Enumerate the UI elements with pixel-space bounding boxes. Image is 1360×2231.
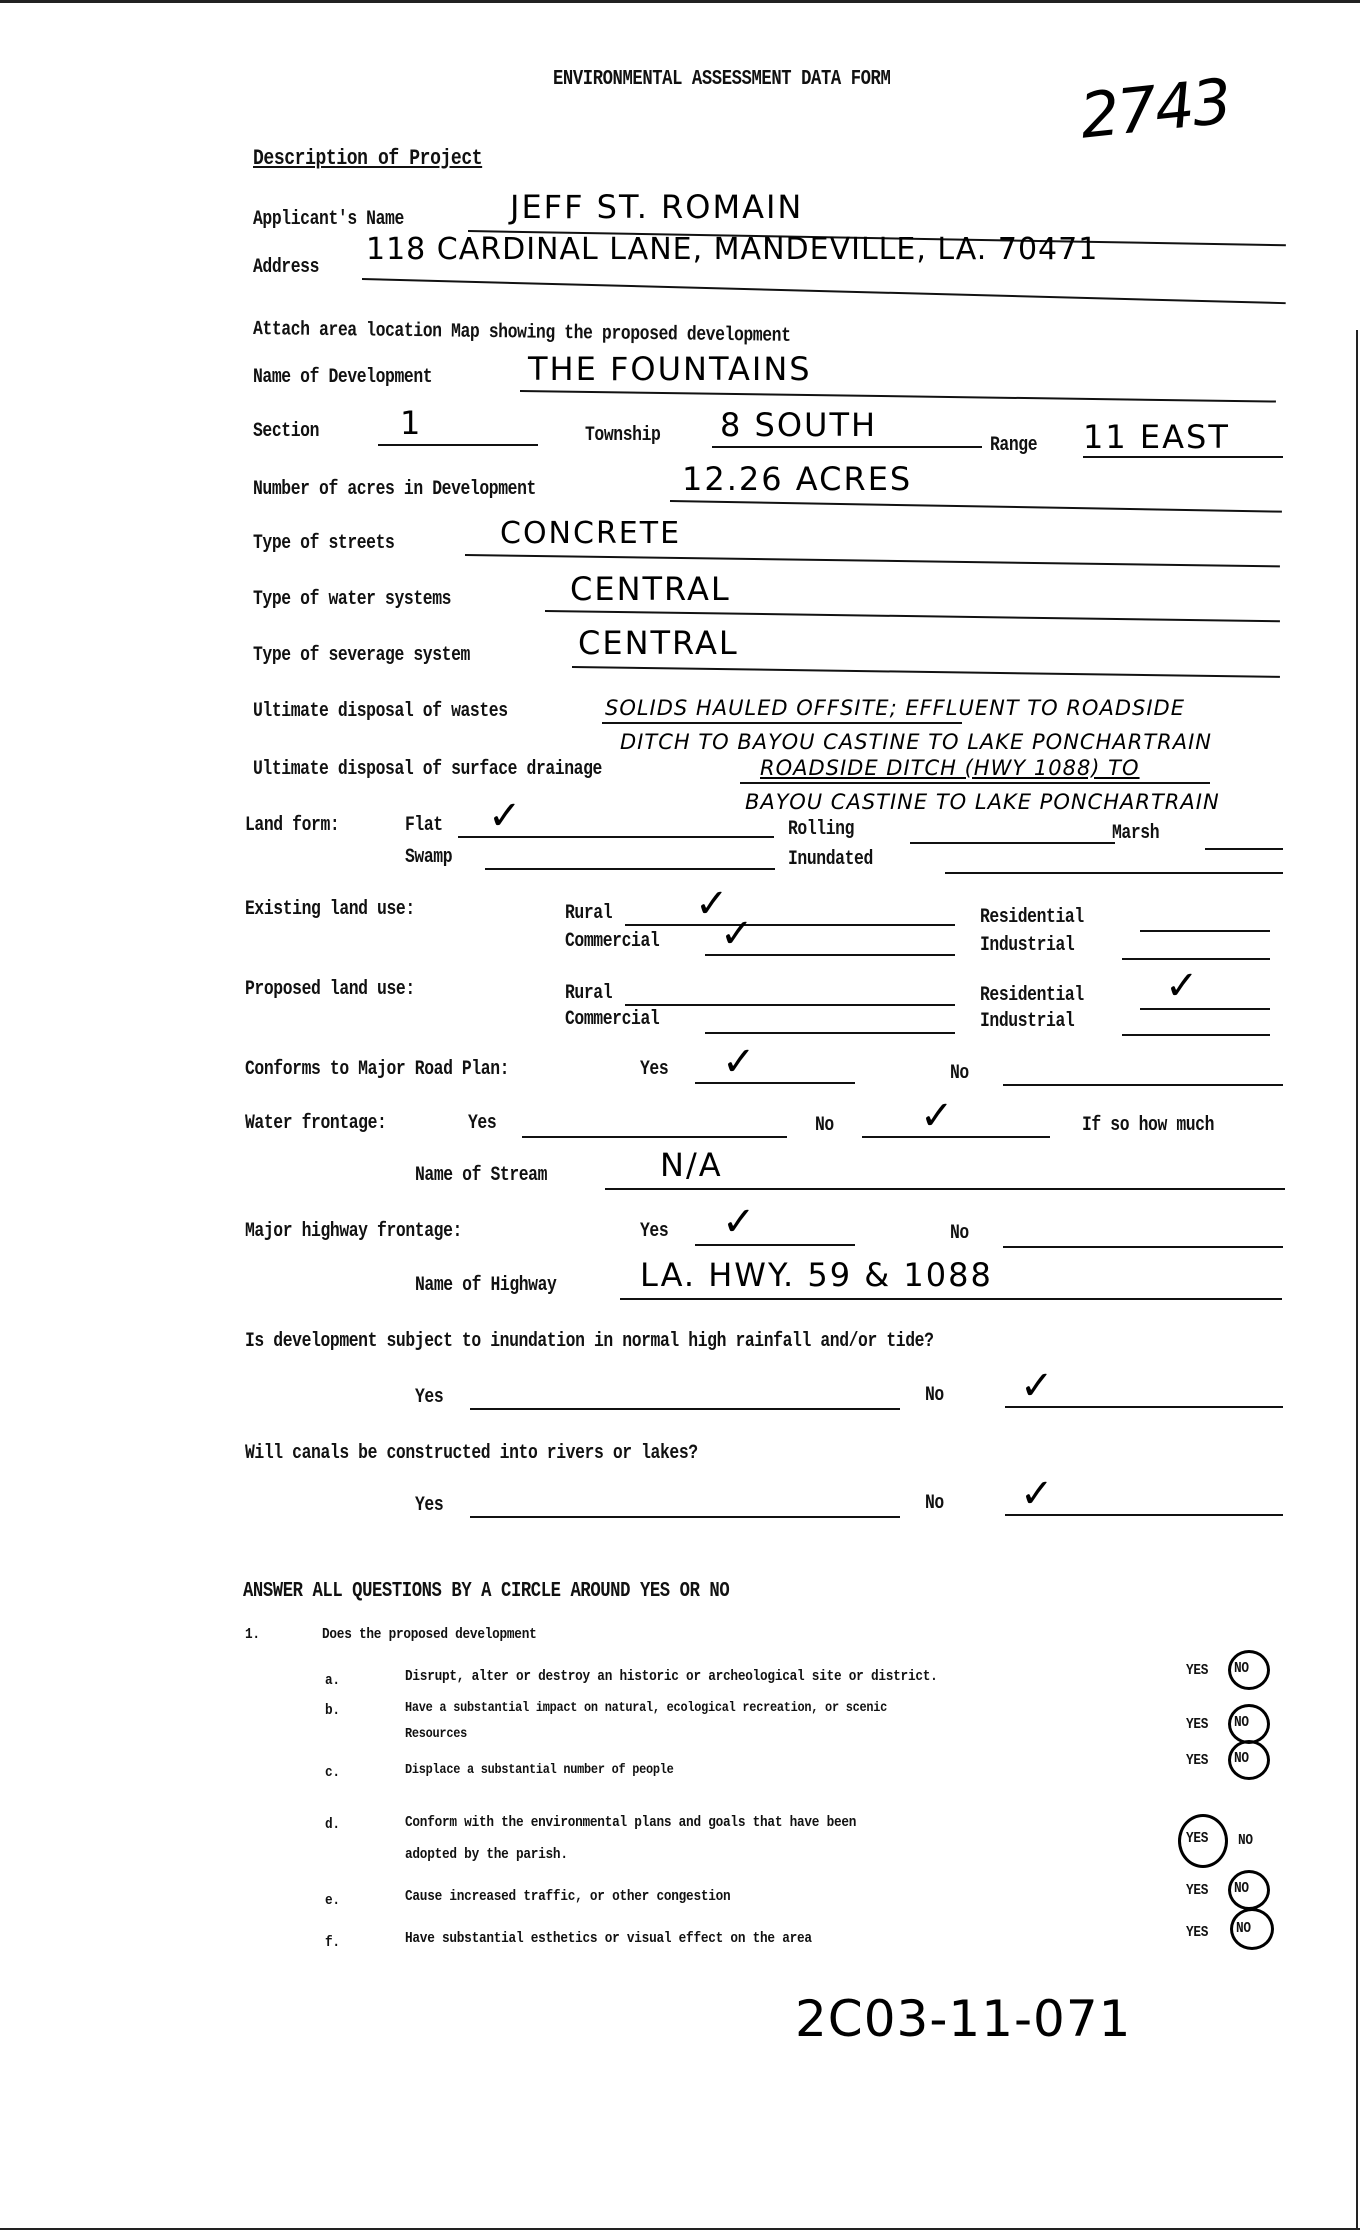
- drainage-value-line2[interactable]: BAYOU CASTINE TO LAKE PONCHARTRAIN: [745, 790, 1220, 814]
- item-b-no[interactable]: NO: [1234, 1714, 1249, 1731]
- handwritten-file-number: 2743: [1077, 64, 1234, 152]
- land-form-swamp-line[interactable]: [485, 868, 775, 870]
- drainage-value-line1[interactable]: ROADSIDE DITCH (HWY 1088) TO: [760, 756, 1140, 780]
- water-frontage-yes-label: Yes: [468, 1112, 496, 1135]
- township-value[interactable]: 8 SOUTH: [720, 406, 877, 444]
- water-line: [545, 610, 1280, 622]
- proposed-land-use-label: Proposed land use:: [245, 978, 415, 1001]
- item-d-yes[interactable]: YES: [1186, 1830, 1208, 1847]
- inundation-question: Is development subject to inundation in …: [245, 1330, 934, 1353]
- road-plan-yes-line: [695, 1082, 855, 1084]
- land-form-rolling-line[interactable]: [910, 842, 1115, 844]
- item-f-text: Have substantial esthetics or visual eff…: [405, 1930, 812, 1947]
- water-frontage-how-much: If so how much: [1082, 1114, 1214, 1137]
- acres-value[interactable]: 12.26 ACRES: [682, 460, 912, 498]
- township-label: Township: [585, 424, 660, 447]
- highway-name-line: [620, 1298, 1282, 1300]
- item-e-no[interactable]: NO: [1234, 1880, 1249, 1897]
- address-label: Address: [253, 256, 319, 279]
- item-a-yes[interactable]: YES: [1186, 1662, 1208, 1679]
- item-a-letter: a.: [325, 1672, 340, 1689]
- proposed-residential-line: [1140, 1008, 1270, 1010]
- range-label: Range: [990, 434, 1037, 457]
- township-line: [712, 446, 982, 448]
- item-e-yes[interactable]: YES: [1186, 1882, 1208, 1899]
- development-name-value[interactable]: THE FOUNTAINS: [528, 350, 812, 388]
- canals-no-check-icon[interactable]: ✓: [1020, 1474, 1054, 1514]
- question-number: 1.: [245, 1626, 260, 1643]
- land-form-rolling-label: Rolling: [788, 818, 854, 841]
- handwritten-case-number: 2C03-11-071: [795, 1990, 1132, 2048]
- applicant-value[interactable]: JEFF ST. ROMAIN: [510, 188, 803, 226]
- existing-commercial-label: Commercial: [565, 930, 659, 953]
- item-d-no[interactable]: NO: [1238, 1832, 1253, 1849]
- highway-frontage-no-label: No: [950, 1222, 969, 1245]
- existing-rural-label: Rural: [565, 902, 612, 925]
- item-e-text: Cause increased traffic, or other conges…: [405, 1888, 730, 1905]
- development-name-line: [520, 390, 1276, 403]
- streets-line: [465, 554, 1280, 567]
- circle-instruction: ANSWER ALL QUESTIONS BY A CIRCLE AROUND …: [243, 1580, 729, 1603]
- range-value[interactable]: 11 EAST: [1083, 418, 1230, 456]
- sewerage-label: Type of severage system: [253, 644, 470, 667]
- existing-rural-line: [625, 924, 955, 926]
- streets-value[interactable]: CONCRETE: [500, 516, 681, 551]
- stream-line: [605, 1188, 1285, 1190]
- road-plan-no-line[interactable]: [1003, 1084, 1283, 1086]
- highway-frontage-yes-label: Yes: [640, 1220, 668, 1243]
- applicant-label: Applicant's Name: [253, 208, 404, 231]
- canals-yes-label: Yes: [415, 1494, 443, 1517]
- canals-question: Will canals be constructed into rivers o…: [245, 1442, 698, 1465]
- highway-frontage-yes-line: [695, 1244, 855, 1246]
- land-form-label: Land form:: [245, 814, 339, 837]
- proposed-industrial-label: Industrial: [980, 1010, 1074, 1033]
- water-label: Type of water systems: [253, 588, 451, 611]
- sewerage-value[interactable]: CENTRAL: [578, 624, 739, 662]
- proposed-industrial-line[interactable]: [1122, 1034, 1270, 1036]
- item-a-text: Disrupt, alter or destroy an historic or…: [405, 1668, 938, 1685]
- item-e-letter: e.: [325, 1892, 340, 1909]
- canals-yes-line[interactable]: [470, 1516, 900, 1518]
- highway-frontage-yes-check-icon[interactable]: ✓: [722, 1202, 756, 1242]
- item-c-no[interactable]: NO: [1234, 1750, 1249, 1767]
- road-plan-label: Conforms to Major Road Plan:: [245, 1058, 509, 1081]
- water-frontage-no-label: No: [815, 1114, 834, 1137]
- item-f-letter: f.: [325, 1934, 340, 1951]
- attach-map-note: Attach area location Map showing the pro…: [253, 318, 791, 348]
- existing-residential-line[interactable]: [1140, 930, 1270, 932]
- land-form-inundated-line[interactable]: [945, 872, 1283, 874]
- proposed-residential-label: Residential: [980, 984, 1084, 1007]
- proposed-commercial-label: Commercial: [565, 1008, 659, 1031]
- existing-residential-label: Residential: [980, 906, 1084, 929]
- existing-industrial-label: Industrial: [980, 934, 1074, 957]
- water-frontage-yes-line[interactable]: [522, 1136, 787, 1138]
- land-form-swamp-label: Swamp: [405, 846, 452, 869]
- inundation-no-check-icon[interactable]: ✓: [1020, 1366, 1054, 1406]
- water-frontage-label: Water frontage:: [245, 1112, 386, 1135]
- scan-edge-right: [1356, 330, 1358, 2230]
- existing-land-use-label: Existing land use:: [245, 898, 415, 921]
- land-form-flat-label: Flat: [405, 814, 443, 837]
- acres-label: Number of acres in Development: [253, 478, 536, 501]
- existing-commercial-check-icon[interactable]: ✓: [720, 914, 754, 954]
- proposed-rural-label: Rural: [565, 982, 612, 1005]
- section-value[interactable]: 1: [400, 404, 422, 442]
- highway-frontage-no-line[interactable]: [1003, 1246, 1283, 1248]
- stream-value[interactable]: N/A: [660, 1146, 723, 1184]
- item-f-yes[interactable]: YES: [1186, 1924, 1208, 1941]
- stream-label: Name of Stream: [415, 1164, 547, 1187]
- item-d-letter: d.: [325, 1816, 340, 1833]
- streets-label: Type of streets: [253, 532, 394, 555]
- section-line: [378, 444, 538, 446]
- scan-edge-bottom: [0, 2228, 1360, 2230]
- drainage-label: Ultimate disposal of surface drainage: [253, 758, 602, 781]
- land-form-flat-check-icon[interactable]: ✓: [488, 796, 522, 836]
- land-form-inundated-label: Inundated: [788, 848, 873, 871]
- acres-line: [670, 500, 1282, 513]
- inundation-yes-line[interactable]: [470, 1408, 900, 1410]
- road-plan-yes-label: Yes: [640, 1058, 668, 1081]
- proposed-residential-check-icon[interactable]: ✓: [1165, 966, 1199, 1006]
- highway-name-label: Name of Highway: [415, 1274, 556, 1297]
- inundation-yes-label: Yes: [415, 1386, 443, 1409]
- highway-frontage-label: Major highway frontage:: [245, 1220, 462, 1243]
- item-b-yes[interactable]: YES: [1186, 1716, 1208, 1733]
- wastes-label: Ultimate disposal of wastes: [253, 700, 508, 723]
- address-value[interactable]: 118 CARDINAL LANE, MANDEVILLE, LA. 70471: [366, 232, 1098, 267]
- wastes-value-line1[interactable]: SOLIDS HAULED OFFSITE; EFFLUENT TO ROADS…: [605, 696, 1185, 720]
- inundation-no-label: No: [925, 1384, 944, 1407]
- item-b-text-2: Resources: [405, 1726, 467, 1742]
- item-b-text: Have a substantial impact on natural, ec…: [405, 1700, 887, 1716]
- land-form-marsh-line[interactable]: [1205, 848, 1283, 850]
- item-a-no[interactable]: NO: [1234, 1660, 1249, 1677]
- water-frontage-no-line: [862, 1136, 1050, 1138]
- water-value[interactable]: CENTRAL: [570, 570, 731, 608]
- highway-name-value[interactable]: LA. HWY. 59 & 1088: [640, 1256, 993, 1294]
- road-plan-yes-check-icon[interactable]: ✓: [722, 1042, 756, 1082]
- water-frontage-no-check-icon[interactable]: ✓: [920, 1096, 954, 1136]
- land-form-marsh-label: Marsh: [1112, 822, 1159, 845]
- scan-edge-top: [0, 0, 1360, 3]
- canals-no-label: No: [925, 1492, 944, 1515]
- drainage-line: [740, 782, 1210, 784]
- sewerage-line: [572, 666, 1280, 678]
- item-c-letter: c.: [325, 1764, 340, 1781]
- question-text: Does the proposed development: [322, 1626, 536, 1643]
- proposed-commercial-line[interactable]: [705, 1032, 955, 1034]
- section-label: Section: [253, 420, 319, 443]
- item-b-letter: b.: [325, 1702, 340, 1719]
- range-line: [1083, 456, 1283, 458]
- road-plan-no-label: No: [950, 1062, 969, 1085]
- item-d-text-2: adopted by the parish.: [405, 1846, 568, 1863]
- item-d-text: Conform with the environmental plans and…: [405, 1814, 856, 1831]
- wastes-line: [602, 722, 962, 724]
- development-name-label: Name of Development: [253, 366, 432, 389]
- item-c-text: Displace a substantial number of people: [405, 1762, 674, 1778]
- item-c-yes[interactable]: YES: [1186, 1752, 1208, 1769]
- form-title: ENVIRONMENTAL ASSESSMENT DATA FORM: [553, 68, 890, 91]
- address-line: [362, 278, 1286, 304]
- existing-industrial-line[interactable]: [1122, 958, 1270, 960]
- wastes-value-line2[interactable]: DITCH TO BAYOU CASTINE TO LAKE PONCHARTR…: [620, 730, 1212, 754]
- proposed-rural-line[interactable]: [625, 1004, 955, 1006]
- item-f-no[interactable]: NO: [1236, 1920, 1251, 1937]
- section-title: Description of Project: [253, 146, 482, 171]
